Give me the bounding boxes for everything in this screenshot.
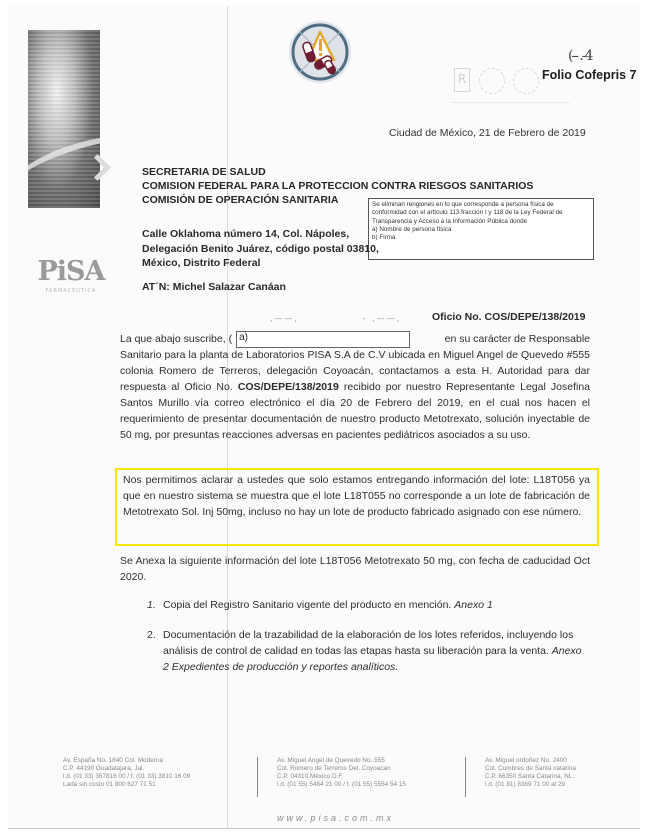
footer-line: Col. Romero de Terreros Del. Coyoacan (277, 765, 406, 773)
footer-address-mexico: Av. Miguel Angel de Quevedo No. 555 Col.… (277, 757, 406, 789)
highlighted-paragraph: Nos permitimos aclarar a ustedes que sol… (123, 472, 590, 520)
stamp-line (450, 102, 570, 103)
list-item: 1. Copia del Registro Sanitario vigente … (147, 597, 587, 613)
footer-line: Av. Miguel ordoñez No. 2400 (485, 757, 576, 765)
footer-line: C.P. 66350 Santa Catarina, NL. (485, 773, 576, 781)
address-line-1: Calle Oklahoma número 14, Col. Nápoles, (142, 227, 379, 242)
list-item-text: Documentación de la trazabilidad de la e… (163, 629, 573, 657)
oficio-reference: Oficio No. COS/DEPE/138/2019 (432, 311, 585, 323)
footer-divider (257, 757, 258, 797)
pisa-logo: PiSA FARMACEUTICA (36, 258, 106, 294)
redaction-item-a: a) Nombre de persona física (372, 226, 590, 234)
redaction-notice: Se eliminan renglones en lo que correspo… (368, 198, 594, 260)
address-block: Calle Oklahoma número 14, Col. Nápoles, … (142, 227, 379, 271)
footer-line: Av. España No. 1840 Col. Moderna (63, 757, 190, 765)
list-item-text: Copia del Registro Sanitario vigente del… (163, 599, 454, 611)
footer-line: l.d. (01 33) 367816 00 / f. (01 33) 3810… (63, 773, 190, 781)
addressee-line-1: SECRETARIA DE SALUD (142, 165, 533, 179)
redaction-item-b: b) Firma (372, 234, 590, 242)
addressee-line-2: COMISION FEDERAL PARA LA PROTECCION CONT… (142, 179, 533, 193)
redacted-name-box: a) (236, 331, 410, 348)
footer-line: l.d. (01 55) 5484 21 00 / f. (01 55) 555… (277, 781, 406, 789)
paragraph-intro: La que abajo suscribe, ( a) en su caráct… (120, 331, 590, 443)
footer-line: C.P. 04310 México D.F. (277, 773, 406, 781)
pills-warning-icon (288, 20, 352, 84)
footer-line: Lada sin costo 01 800 627 71 51 (63, 781, 190, 789)
stamp-circle-2 (513, 68, 539, 94)
stamp-box: R (454, 68, 470, 92)
address-line-2: Delegación Benito Juárez, código postal … (142, 242, 379, 257)
list-item: 2. Documentación de la trazabilidad de l… (147, 627, 587, 675)
footer-line: l.d. (01 81) 8389 71 00 al 29 (485, 781, 576, 789)
website-link[interactable]: www.pisa.com.mx (277, 813, 394, 823)
footer-address-guadalajara: Av. España No. 1840 Col. Moderna C.P. 44… (63, 757, 190, 789)
letter-date: Ciudad de México, 21 de Febrero de 2019 (389, 127, 586, 139)
footer-line: Col. Cumbres de Santa catarina (485, 765, 576, 773)
list-item-annex: Anexo 1 (454, 599, 493, 611)
stamp-circle-1 (479, 68, 505, 94)
faded-marks: ,——, - ,——, (270, 314, 401, 323)
footer-line: Av. Miguel Angel de Quevedo No. 555 (277, 757, 406, 765)
attention-line: AT´N: Michel Salazar Canáan (142, 281, 286, 293)
folio-label: Folio Cofepris 7 (542, 68, 636, 82)
footer-line: C.P. 44190 Guadalajara, Jal. (63, 765, 190, 773)
list-item-number: 1. (147, 597, 156, 613)
annex-intro-paragraph: Se Anexa la siguiente información del lo… (120, 553, 590, 585)
intro-oficio-bold: COS/DEPE/138/2019 (238, 381, 339, 393)
footer-address-santa-catarina: Av. Miguel ordoñez No. 2400 Col. Cumbres… (485, 757, 576, 789)
handwritten-mark: (-- .-4 (568, 48, 591, 64)
pisa-logo-mark: PiSA (36, 258, 106, 286)
footer-divider (465, 757, 466, 797)
pisa-logo-subtitle: FARMACEUTICA (36, 288, 106, 294)
letterhead-photo (28, 30, 100, 208)
intro-tail: en su carácter de Responsable (445, 331, 590, 347)
address-line-3: México, Distrito Federal (142, 256, 379, 271)
list-item-number: 2. (147, 627, 156, 643)
intro-lead: La que abajo suscribe, ( (120, 331, 232, 347)
redaction-notice-text: Se eliminan renglones en lo que correspo… (372, 201, 590, 226)
